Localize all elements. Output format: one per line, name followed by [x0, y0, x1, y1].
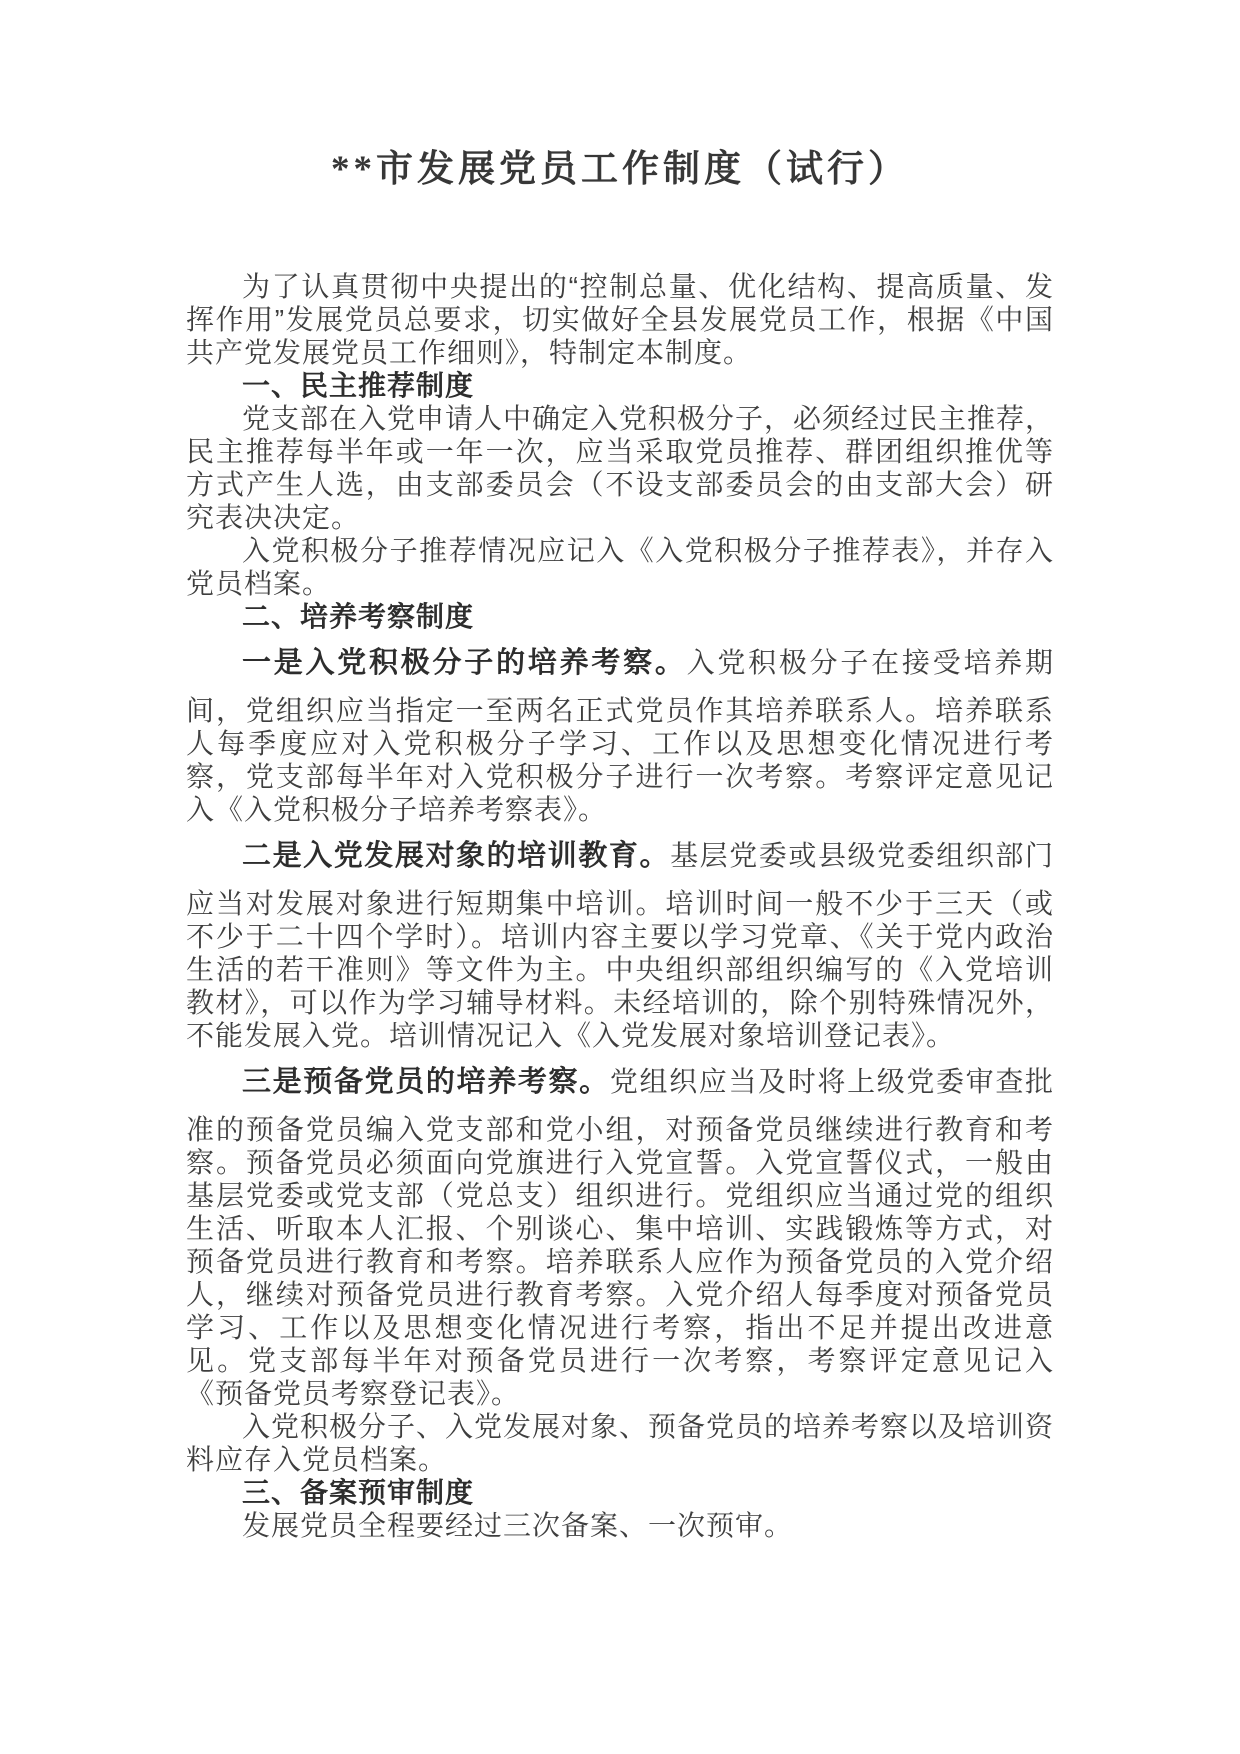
document-page: **市发展党员工作制度（试行） 为了认真贯彻中央提出的“控制总量、优化结构、提高… — [0, 0, 1240, 1754]
section-heading-2: 二、培养考察制度 — [186, 600, 1054, 633]
paragraph-intro: 为了认真贯彻中央提出的“控制总量、优化结构、提高质量、发挥作用”发展党员总要求，… — [186, 270, 1054, 369]
paragraph-democratic-recommendation: 党支部在入党申请人中确定入党积极分子，必须经过民主推荐，民主推荐每半年或一年一次… — [186, 402, 1054, 534]
document-title: **市发展党员工作制度（试行） — [186, 148, 1054, 192]
paragraph-lead-probationary-inspection: 三是预备党员的培养考察。党组织应当及时将上级党委审查批准的预备党员编入党支部和党… — [186, 1052, 1054, 1410]
lead-body-3: 党组织应当及时将上级党委审查批准的预备党员编入党支部和党小组，对预备党员继续进行… — [186, 1066, 1054, 1409]
paragraph-lead-activist-inspection: 一是入党积极分子的培养考察。入党积极分子在接受培养期间，党组织应当指定一至两名正… — [186, 633, 1054, 826]
section-heading-1: 一、民主推荐制度 — [186, 369, 1054, 402]
lead-label-1: 一是入党积极分子的培养考察。 — [242, 647, 687, 679]
paragraph-archive-materials: 入党积极分子、入党发展对象、预备党员的培养考察以及培训资料应存入党员档案。 — [186, 1410, 1054, 1476]
lead-label-3: 三是预备党员的培养考察。 — [242, 1066, 610, 1098]
lead-label-2: 二是入党发展对象的培训教育。 — [242, 840, 670, 872]
paragraph-recommendation-record: 入党积极分子推荐情况应记入《入党积极分子推荐表》，并存入党员档案。 — [186, 534, 1054, 600]
paragraph-filing-preview: 发展党员全程要经过三次备案、一次预审。 — [186, 1509, 1054, 1542]
section-heading-3: 三、备案预审制度 — [186, 1476, 1054, 1509]
paragraph-lead-development-training: 二是入党发展对象的培训教育。基层党委或县级党委组织部门应当对发展对象进行短期集中… — [186, 826, 1054, 1052]
